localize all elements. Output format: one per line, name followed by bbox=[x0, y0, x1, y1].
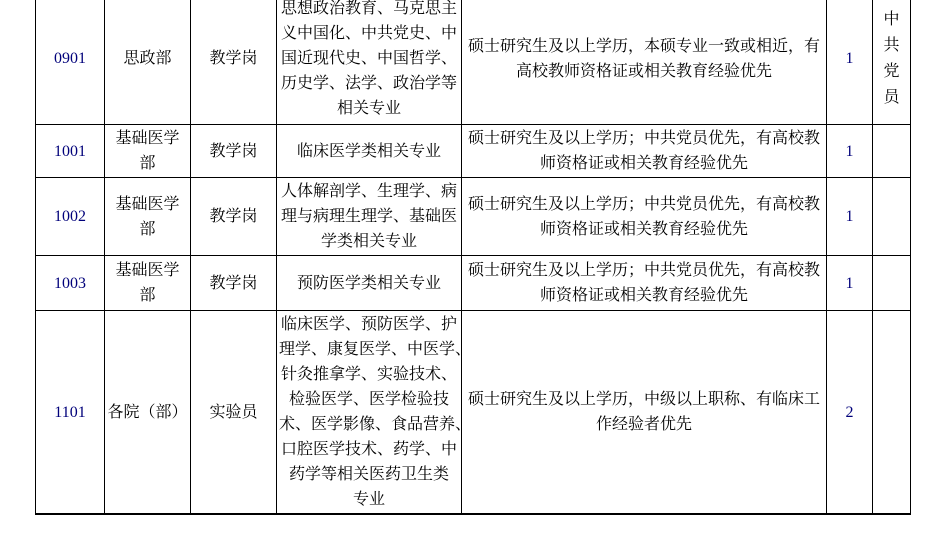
cell-department: 思政部 bbox=[105, 0, 191, 125]
cell-requirements: 硕士研究生及以上学历；中共党员优先，有高校教 师资格证或相关教育经验优先 bbox=[462, 256, 827, 311]
cell-position-code: 0901 bbox=[36, 0, 105, 125]
cell-requirements: 硕士研究生及以上学历，中级以上职称、有临床工 作经验者优先 bbox=[462, 311, 827, 515]
cell-headcount: 1 bbox=[827, 125, 873, 178]
cell-headcount: 2 bbox=[827, 311, 873, 515]
cell-post-type: 教学岗 bbox=[191, 178, 277, 256]
cell-note bbox=[873, 311, 911, 515]
cell-requirements: 硕士研究生及以上学历，本硕专业一致或相近，有 高校教师资格证或相关教育经验优先 bbox=[462, 0, 827, 125]
table-row: 1003 基础医学 部 教学岗 预防医学类相关专业 硕士研究生及以上学历；中共党… bbox=[36, 256, 911, 311]
cell-headcount: 1 bbox=[827, 256, 873, 311]
document-page: 0901 思政部 教学岗 思想政治教育、马克思主 义中国化、中共党史、中 国近现… bbox=[0, 0, 950, 557]
cell-note: 中共党员 bbox=[873, 0, 911, 125]
cell-requirements: 硕士研究生及以上学历；中共党员优先，有高校教 师资格证或相关教育经验优先 bbox=[462, 125, 827, 178]
table-row: 0901 思政部 教学岗 思想政治教育、马克思主 义中国化、中共党史、中 国近现… bbox=[36, 0, 911, 125]
cell-position-code: 1001 bbox=[36, 125, 105, 178]
cell-majors: 思想政治教育、马克思主 义中国化、中共党史、中 国近现代史、中国哲学、 历史学、… bbox=[277, 0, 462, 125]
cell-department: 各院（部） bbox=[105, 311, 191, 515]
cell-headcount: 1 bbox=[827, 178, 873, 256]
cell-post-type: 教学岗 bbox=[191, 0, 277, 125]
table-row: 1101 各院（部） 实验员 临床医学、预防医学、护 理学、康复医学、中医学、 … bbox=[36, 311, 911, 515]
cell-majors: 人体解剖学、生理学、病 理与病理生理学、基础医 学类相关专业 bbox=[277, 178, 462, 256]
cell-post-type: 教学岗 bbox=[191, 125, 277, 178]
cell-department: 基础医学 部 bbox=[105, 178, 191, 256]
vertical-note-text: 中共党员 bbox=[884, 7, 900, 111]
table-row: 1001 基础医学 部 教学岗 临床医学类相关专业 硕士研究生及以上学历；中共党… bbox=[36, 125, 911, 178]
cell-note bbox=[873, 125, 911, 178]
cell-position-code: 1003 bbox=[36, 256, 105, 311]
cell-post-type: 实验员 bbox=[191, 311, 277, 515]
cell-department: 基础医学 部 bbox=[105, 256, 191, 311]
cell-post-type: 教学岗 bbox=[191, 256, 277, 311]
table-row: 1002 基础医学 部 教学岗 人体解剖学、生理学、病 理与病理生理学、基础医 … bbox=[36, 178, 911, 256]
cell-majors: 预防医学类相关专业 bbox=[277, 256, 462, 311]
cell-majors: 临床医学类相关专业 bbox=[277, 125, 462, 178]
cell-note bbox=[873, 256, 911, 311]
cell-headcount: 1 bbox=[827, 0, 873, 125]
cell-requirements: 硕士研究生及以上学历；中共党员优先，有高校教 师资格证或相关教育经验优先 bbox=[462, 178, 827, 256]
recruitment-table: 0901 思政部 教学岗 思想政治教育、马克思主 义中国化、中共党史、中 国近现… bbox=[35, 0, 911, 515]
cell-department: 基础医学 部 bbox=[105, 125, 191, 178]
cell-position-code: 1002 bbox=[36, 178, 105, 256]
cell-majors: 临床医学、预防医学、护 理学、康复医学、中医学、 针灸推拿学、实验技术、 检验医… bbox=[277, 311, 462, 515]
cell-note bbox=[873, 178, 911, 256]
cell-position-code: 1101 bbox=[36, 311, 105, 515]
